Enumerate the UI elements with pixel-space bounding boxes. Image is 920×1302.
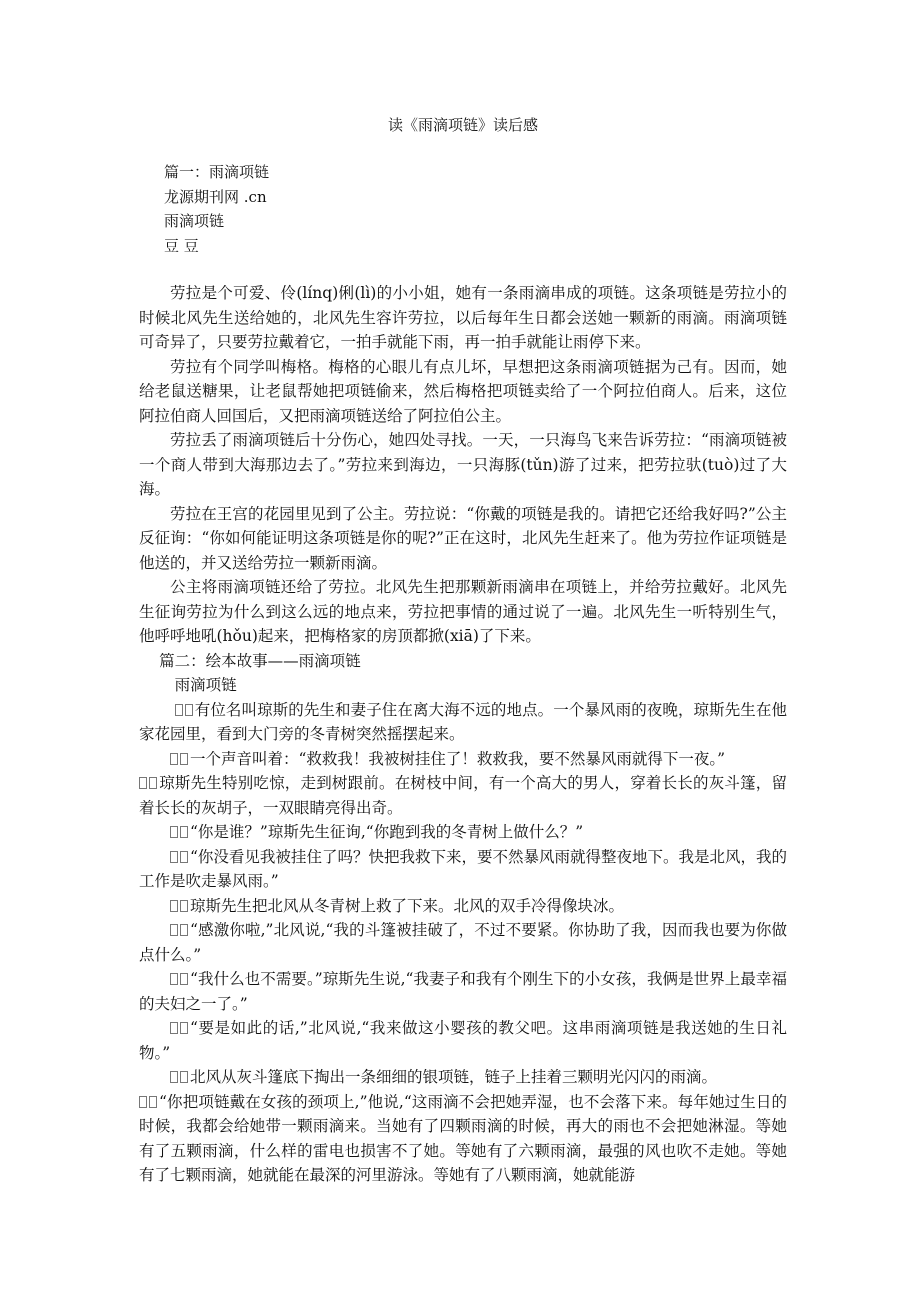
missing-glyph-icon [175, 704, 183, 716]
meta-line-source: 龙源期刊网 .cn [164, 185, 269, 210]
paragraph-text: “你没看见我被挂住了吗？快把我救下来，要不然暴风雨就得整夜地下。我是北风，我的工… [139, 848, 787, 891]
missing-glyph-icon [170, 826, 178, 838]
missing-glyph-icon [170, 1071, 178, 1083]
paragraph-text: 北风从灰斗篷底下掏出一条细细的银项链，链子上挂着三颗明光闪闪的雨滴。 [190, 1068, 717, 1086]
document-meta: 篇一：雨滴项链 龙源期刊网 .cn 雨滴项链 豆 豆 [164, 160, 269, 258]
paragraph-text: 琼斯先生把北风从冬青树上救了下来。北风的双手冷得像块冰。 [190, 897, 624, 915]
paragraph: 一个声音叫着：“救救我！我被树挂住了！救救我，要不然暴风雨就得下一夜。” [139, 747, 787, 772]
document-title: 读《雨滴项链》读后感 [139, 115, 787, 135]
missing-glyph-icon [149, 777, 157, 789]
paragraph-text: “要是如此的话,”北风说,“我来做这小婴孩的教父吧。这串雨滴项链是我送她的生日礼… [139, 1019, 787, 1062]
paragraph: 有位名叫琼斯的先生和妻子住在离大海不远的地点。一个暴风雨的夜晚，琼斯先生在他家花… [139, 698, 787, 747]
paragraph: “要是如此的话,”北风说,“我来做这小婴孩的教父吧。这串雨滴项链是我送她的生日礼… [139, 1016, 787, 1065]
paragraph: 公主将雨滴项链还给了劳拉。北风先生把那颗新雨滴串在项链上，并给劳拉戴好。北风先生… [139, 575, 787, 649]
paragraph-text: “你把项链戴在女孩的颈项上,”他说,“这雨滴不会把她弄湿，也不会落下来。每年她过… [139, 1093, 787, 1185]
section-subtitle: 雨滴项链 [139, 673, 787, 698]
paragraph: “我什么也不需要。”琼斯先生说,“我妻子和我有个刚生下的小女孩，我俩是世界上最幸… [139, 967, 787, 1016]
paragraph: 劳拉丢了雨滴项链后十分伤心，她四处寻找。一天，一只海鸟飞来告诉劳拉：“雨滴项链被… [139, 428, 787, 502]
paragraph: 琼斯先生特别吃惊，走到树跟前。在树枝中间，有一个高大的男人，穿着长长的灰斗篷，留… [139, 771, 787, 820]
missing-glyph-icon [170, 900, 178, 912]
paragraph: 劳拉是个可爱、伶(línq)俐(lì)的小小姐，她有一条雨滴串成的项链。这条项链… [139, 281, 787, 355]
missing-glyph-icon [170, 1022, 178, 1034]
section-heading-part2: 篇二：绘本故事——雨滴项链 [139, 649, 787, 674]
document-body: 劳拉是个可爱、伶(línq)俐(lì)的小小姐，她有一条雨滴串成的项链。这条项链… [139, 281, 787, 1188]
missing-glyph-icon [185, 704, 193, 716]
missing-glyph-icon [180, 1071, 188, 1083]
paragraph: 劳拉有个同学叫梅格。梅格的心眼儿有点儿坏，早想把这条雨滴项链据为己有。因而，她给… [139, 355, 787, 429]
missing-glyph-icon [139, 777, 147, 789]
missing-glyph-icon [170, 924, 178, 936]
meta-line-part1: 篇一：雨滴项链 [164, 160, 269, 185]
missing-glyph-icon [180, 753, 188, 765]
paragraph: 北风从灰斗篷底下掏出一条细细的银项链，链子上挂着三颗明光闪闪的雨滴。 [139, 1065, 787, 1090]
paragraph: 劳拉在王宫的花园里见到了公主。劳拉说：“你戴的项链是我的。请把它还给我好吗?”公… [139, 502, 787, 576]
paragraph: “你是谁？”琼斯先生征询,“你跑到我的冬青树上做什么？” [139, 820, 787, 845]
paragraph-text: 有位名叫琼斯的先生和妻子住在离大海不远的地点。一个暴风雨的夜晚，琼斯先生在他家花… [139, 701, 787, 744]
missing-glyph-icon [170, 973, 178, 985]
paragraph-text: “我什么也不需要。”琼斯先生说,“我妻子和我有个刚生下的小女孩，我俩是世界上最幸… [139, 970, 787, 1013]
missing-glyph-icon [180, 826, 188, 838]
missing-glyph-icon [170, 753, 178, 765]
meta-line-author: 豆 豆 [164, 234, 269, 259]
paragraph-text: 琼斯先生特别吃惊，走到树跟前。在树枝中间，有一个高大的男人，穿着长长的灰斗篷，留… [139, 774, 787, 817]
missing-glyph-icon [170, 851, 178, 863]
paragraph-text: 一个声音叫着：“救救我！我被树挂住了！救救我，要不然暴风雨就得下一夜。” [190, 750, 725, 768]
paragraph: “感激你啦,”北风说,“我的斗篷被挂破了，不过不要紧。你协助了我，因而我也要为你… [139, 918, 787, 967]
paragraph: 琼斯先生把北风从冬青树上救了下来。北风的双手冷得像块冰。 [139, 894, 787, 919]
missing-glyph-icon [139, 1096, 147, 1108]
missing-glyph-icon [180, 851, 188, 863]
paragraph: “你把项链戴在女孩的颈项上,”他说,“这雨滴不会把她弄湿，也不会落下来。每年她过… [139, 1090, 787, 1188]
paragraph: “你没看见我被挂住了吗？快把我救下来，要不然暴风雨就得整夜地下。我是北风，我的工… [139, 845, 787, 894]
paragraph-text: “感激你啦,”北风说,“我的斗篷被挂破了，不过不要紧。你协助了我，因而我也要为你… [139, 921, 787, 964]
missing-glyph-icon [149, 1096, 157, 1108]
meta-line-story-title: 雨滴项链 [164, 209, 269, 234]
missing-glyph-icon [180, 924, 188, 936]
missing-glyph-icon [180, 973, 188, 985]
missing-glyph-icon [180, 1022, 188, 1034]
paragraph-text: “你是谁？”琼斯先生征询,“你跑到我的冬青树上做什么？” [190, 823, 583, 841]
missing-glyph-icon [180, 900, 188, 912]
